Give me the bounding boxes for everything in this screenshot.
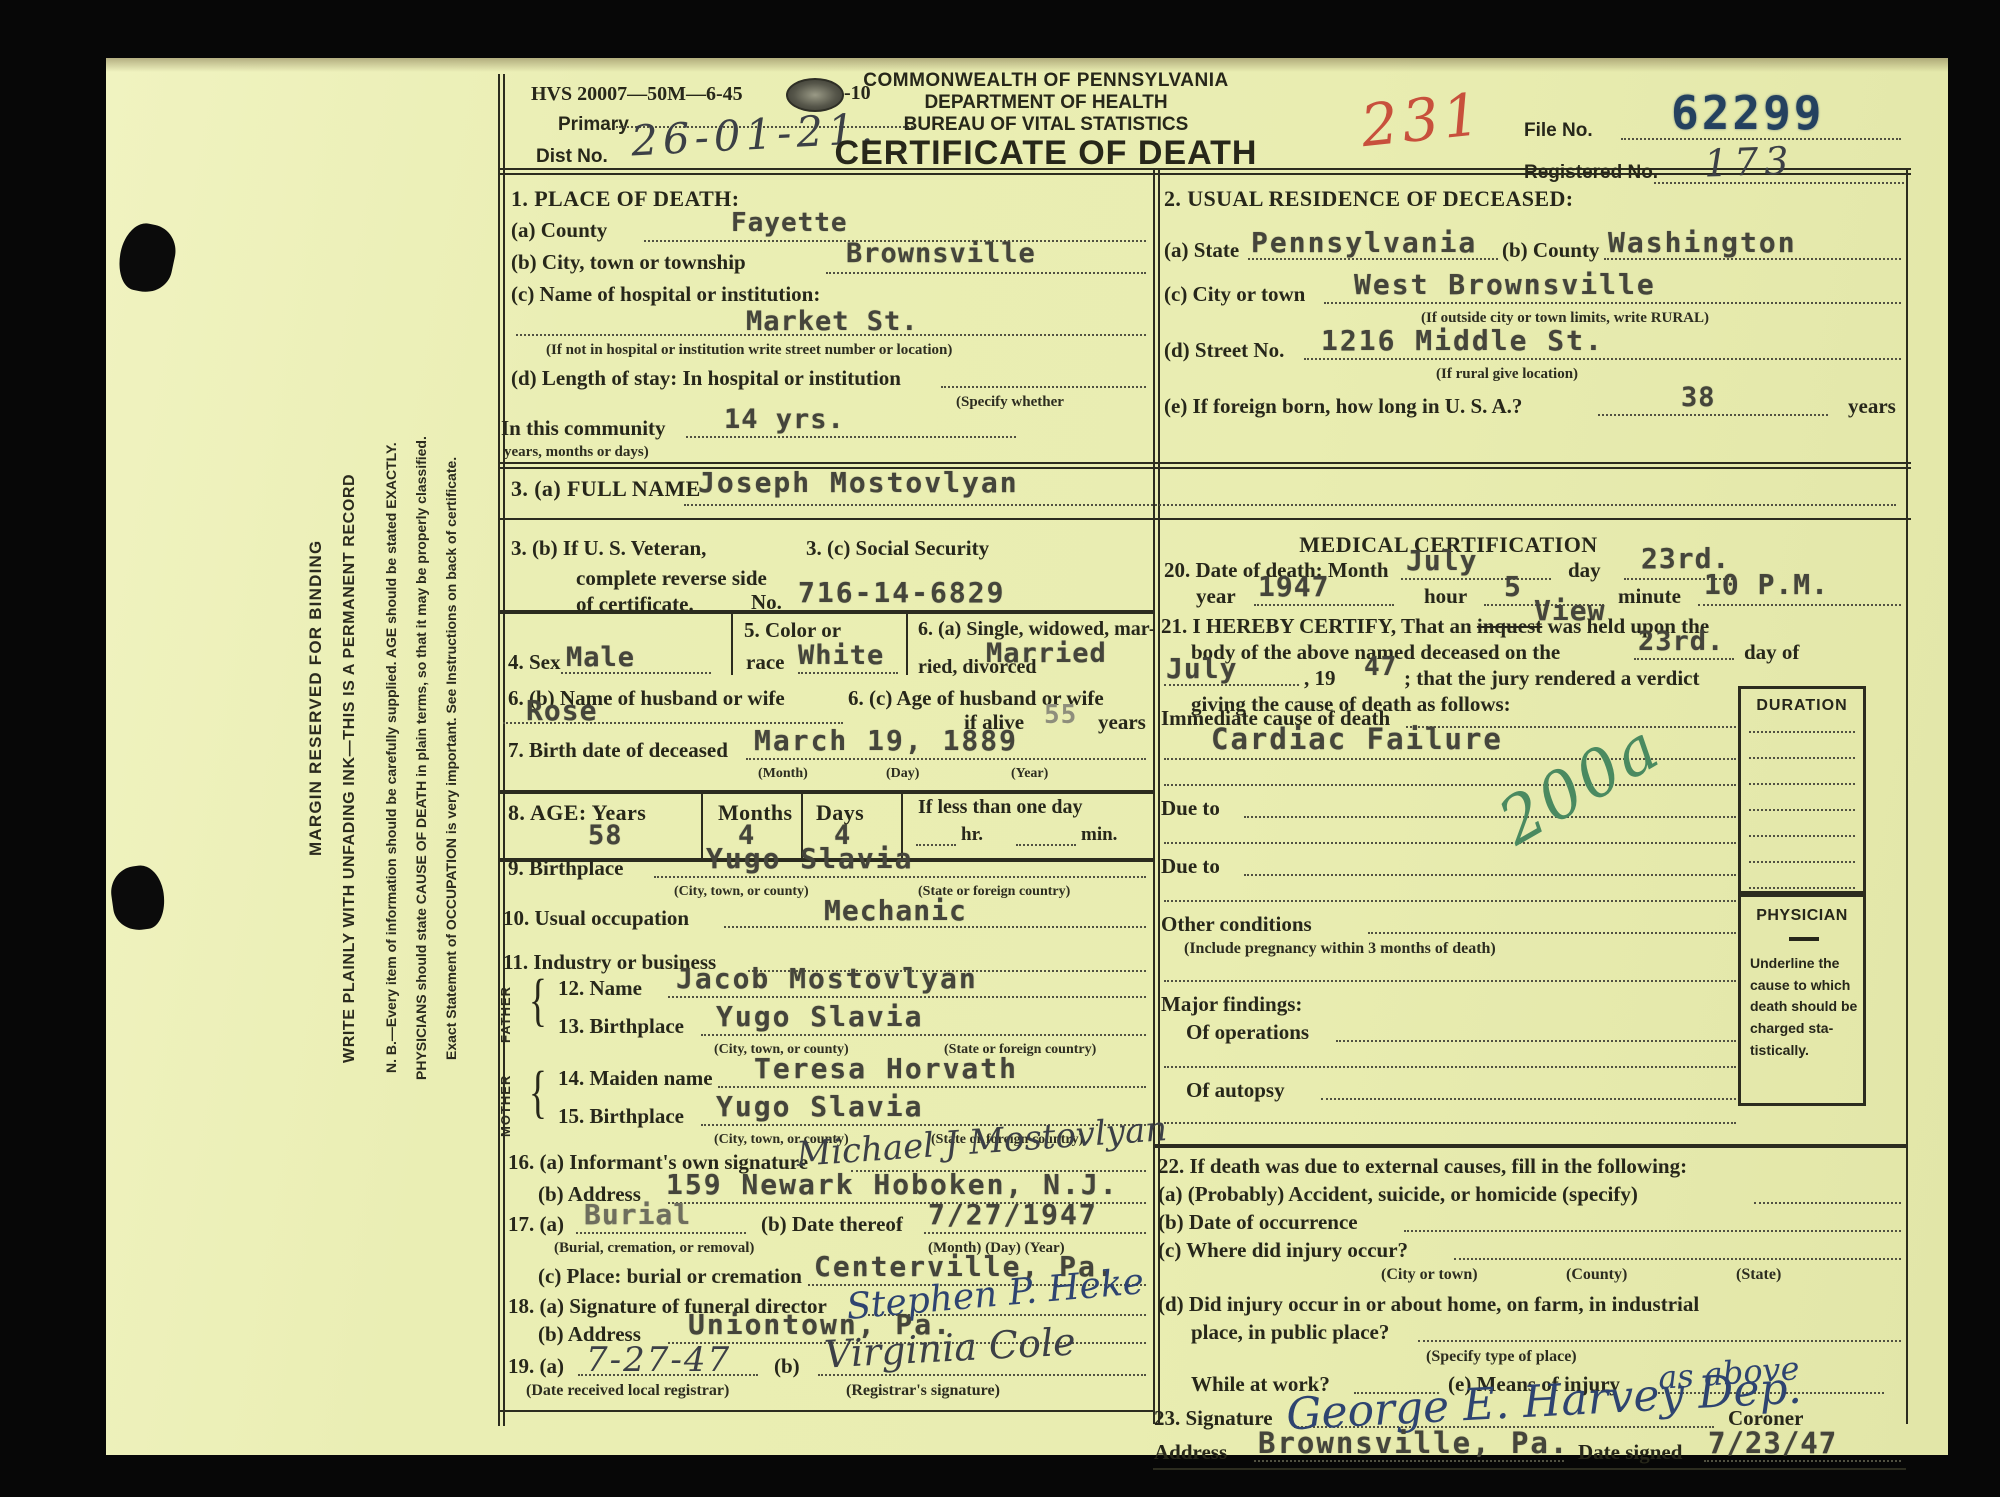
certificate-title: CERTIFICATE OF DEATH xyxy=(726,134,1366,173)
father-side-label: FATHER xyxy=(498,966,513,1062)
accident-label: (a) (Probably) Accident, suicide, or hom… xyxy=(1158,1182,1638,1207)
rule xyxy=(1016,844,1076,846)
hole-punch-bottom xyxy=(108,863,168,934)
rule xyxy=(1749,835,1855,837)
margin-binding-note: MARGIN RESERVED FOR BINDING xyxy=(306,398,326,998)
rule xyxy=(941,386,1146,388)
other-conditions-hint: (Include pregnancy within 3 months of de… xyxy=(1184,940,1496,958)
rule xyxy=(906,610,908,675)
form-left-border xyxy=(498,74,505,1426)
margin-permanent-note: WRITE PLAINLY WITH UNFADING INK—THIS IS … xyxy=(341,178,359,1358)
burial-hint: (Burial, cremation, or removal) xyxy=(554,1240,754,1257)
father-name-value: Jacob Mostovlyan xyxy=(676,962,978,995)
file-no-value: 62299 xyxy=(1671,86,1824,140)
mother-birthplace-value: Yugo Slavia xyxy=(716,1090,923,1123)
certify-verdict-label: ; that the jury rendered a verdict xyxy=(1404,666,1700,691)
form-right-border xyxy=(1906,168,1908,1424)
rule xyxy=(1321,1098,1736,1100)
burial-place-label: (c) Place: burial or cremation xyxy=(538,1264,802,1289)
rule xyxy=(718,1086,1146,1088)
rule xyxy=(826,272,1146,274)
county-label: (a) County xyxy=(511,218,607,243)
mother-name-value: Teresa Horvath xyxy=(754,1052,1018,1085)
mother-birthplace-label: 15. Birthplace xyxy=(558,1104,684,1129)
rule xyxy=(668,996,1146,998)
father-name-label: 12. Name xyxy=(558,976,642,1001)
registrar-sig-label: (b) xyxy=(774,1354,800,1379)
state-label: (a) State xyxy=(1164,238,1239,263)
rule xyxy=(498,610,1153,614)
certify-line-1: 21. I HEREBY CERTIFY, That an inquest wa… xyxy=(1161,614,1709,639)
margin-nb-note-2: PHYSICIANS should state CAUSE OF DEATH i… xyxy=(413,98,429,1418)
rule xyxy=(1749,731,1855,733)
red-annotation: 231 xyxy=(1358,80,1487,160)
full-name-label: 3. (a) FULL NAME xyxy=(511,476,701,502)
birthplace-hint-1: (City, town, or county) xyxy=(674,884,809,900)
certify-dayof-label: day of xyxy=(1744,640,1799,665)
sex-value: Male xyxy=(566,642,635,673)
physician-box: PHYSICIAN Underline the cause to which d… xyxy=(1738,894,1866,1106)
duration-box: DURATION xyxy=(1738,686,1866,894)
death-minute-label: minute xyxy=(1618,584,1681,609)
certify-19-label: , 19 xyxy=(1304,666,1336,691)
rule xyxy=(654,876,1146,878)
birthdate-hint-month: (Month) xyxy=(758,766,808,782)
rule xyxy=(1749,861,1855,863)
rule xyxy=(1704,1460,1901,1462)
mother-side-label: MOTHER xyxy=(498,1058,513,1154)
foreign-born-label: (e) If foreign born, how long in U. S. A… xyxy=(1164,394,1522,419)
death-day-label: day xyxy=(1568,558,1601,583)
city-value: Brownsville xyxy=(846,238,1036,269)
father-birthplace-label: 13. Birthplace xyxy=(558,1014,684,1039)
burial-date-label: (b) Date thereof xyxy=(761,1212,903,1237)
rule xyxy=(701,790,703,858)
father-brace: { xyxy=(529,966,547,1033)
death-year-value: 1947 xyxy=(1258,570,1329,603)
hospital-hint: (If not in hospital or institution write… xyxy=(546,342,952,359)
rule xyxy=(916,844,956,846)
hospital-value: Market St. xyxy=(746,306,919,337)
birthdate-label: 7. Birth date of deceased xyxy=(508,738,728,763)
duration-heading: DURATION xyxy=(1741,697,1863,715)
form-code: HVS 20007—50M—6-45 xyxy=(531,83,743,106)
hospital-label: (c) Name of hospital or institution: xyxy=(511,282,820,307)
street-label: (d) Street No. xyxy=(1164,338,1284,363)
rule xyxy=(1304,358,1901,360)
rule xyxy=(1164,900,1736,902)
ssn-value: 716-14-6829 xyxy=(798,576,1005,609)
full-name-value: Joseph Mostovlyan xyxy=(698,466,1019,499)
of-autopsy-label: Of autopsy xyxy=(1186,1078,1285,1103)
burial-label: 17. (a) xyxy=(508,1212,564,1237)
certify-year-value: 47 xyxy=(1364,652,1397,682)
column-divider xyxy=(1153,168,1160,1424)
rule xyxy=(1749,809,1855,811)
occurrence-date-label: (b) Date of occurrence xyxy=(1158,1210,1358,1235)
community-value: 14 yrs. xyxy=(724,404,845,435)
rule xyxy=(1634,658,1734,660)
birthdate-hint-year: (Year) xyxy=(1011,766,1048,782)
rule xyxy=(1324,302,1901,304)
death-year-label: year xyxy=(1196,584,1236,609)
physician-note: Underline the cause to which death shoul… xyxy=(1750,953,1860,1061)
mother-name-label: 14. Maiden name xyxy=(558,1066,713,1091)
age-months-label: Months xyxy=(718,800,793,826)
spouse-age-suffix: years xyxy=(1098,710,1146,735)
major-findings-label: Major findings: xyxy=(1161,992,1302,1017)
foreign-born-value: 38 xyxy=(1681,382,1716,413)
file-no-label: File No. xyxy=(1524,120,1593,142)
rule xyxy=(1254,604,1394,606)
rule xyxy=(576,1232,746,1234)
veteran-label: 3. (b) If U. S. Veteran, xyxy=(511,536,706,561)
residence-heading: 2. USUAL RESIDENCE OF DECEASED: xyxy=(1164,186,1574,212)
registrar-date-label: 19. (a) xyxy=(508,1354,564,1379)
other-conditions-label: Other conditions xyxy=(1161,912,1312,937)
age-label: 8. AGE: Years xyxy=(508,800,646,826)
age-min-label: min. xyxy=(1081,824,1117,846)
rule xyxy=(798,672,898,674)
injury-home-label-1: (d) Did injury occur in or about home, o… xyxy=(1158,1292,1699,1317)
registrar-date-value: 7-27-47 xyxy=(586,1340,731,1380)
res-county-label: (b) County xyxy=(1502,238,1599,263)
burial-value: Burial xyxy=(584,1198,691,1231)
immediate-cause-value: Cardiac Failure xyxy=(1211,722,1503,756)
certify-struck-word: inquest xyxy=(1477,614,1542,638)
veteran-line2: complete reverse side xyxy=(576,566,767,591)
rule xyxy=(1244,816,1736,818)
age-years-value: 58 xyxy=(588,820,623,851)
registrar-sig-hint: (Registrar's signature) xyxy=(846,1382,1000,1400)
rule xyxy=(731,610,733,675)
length-of-stay-label: (d) Length of stay: In hospital or insti… xyxy=(511,366,901,391)
rule xyxy=(1336,1040,1736,1042)
death-hour-value: 5 xyxy=(1504,570,1522,603)
rule xyxy=(1368,932,1736,934)
age-less-label: If less than one day xyxy=(918,796,1082,819)
rule xyxy=(1749,887,1855,889)
margin-nb-note-1: N. B.—Every item of information should b… xyxy=(383,98,399,1418)
rule xyxy=(498,1410,1153,1412)
rule xyxy=(1404,1230,1901,1232)
ssn-label: 3. (c) Social Security xyxy=(806,536,989,561)
rule xyxy=(498,790,1153,794)
injury-hint-city: (City or town) xyxy=(1381,1266,1478,1284)
physician-heading: PHYSICIAN xyxy=(1741,907,1863,925)
res-city-label: (c) City or town xyxy=(1164,282,1305,307)
death-hour-label: hour xyxy=(1424,584,1467,609)
registrar-date-hint: (Date received local registrar) xyxy=(526,1382,729,1400)
race-value: White xyxy=(798,640,884,671)
sex-label: 4. Sex xyxy=(508,650,561,675)
of-operations-label: Of operations xyxy=(1186,1020,1309,1045)
physician-dash xyxy=(1789,937,1819,941)
state-value: Pennsylvania xyxy=(1251,226,1477,259)
rule xyxy=(701,1034,1146,1036)
death-minute-value: 10 P.M. xyxy=(1704,568,1829,601)
injury-hint-state: (State) xyxy=(1736,1266,1781,1284)
header-commonwealth: COMMONWEALTH OF PENNSYLVANIA xyxy=(766,70,1326,92)
rule xyxy=(1254,1460,1564,1462)
res-city-value: West Brownsville xyxy=(1354,268,1656,301)
rule xyxy=(746,758,1146,760)
rule xyxy=(1454,1258,1901,1260)
street-value: 1216 Middle St. xyxy=(1321,324,1604,357)
community-label: In this community xyxy=(501,416,666,441)
registered-no-label: Registered No. xyxy=(1524,162,1658,184)
rule xyxy=(1598,414,1828,416)
spouse-value: Rose xyxy=(526,694,597,727)
rule xyxy=(498,518,1911,520)
green-annotation: 200a xyxy=(1487,710,1673,860)
birthplace-value: Yugo Slavia xyxy=(706,842,913,875)
rule xyxy=(1749,757,1855,759)
informant-address-value: 159 Newark Hoboken, N.J. xyxy=(666,1168,1119,1201)
rule xyxy=(1418,1340,1901,1342)
res-county-value: Washington xyxy=(1608,226,1797,259)
injury-home-label-2: place, in public place? xyxy=(1191,1320,1389,1345)
registered-no-value: 173 xyxy=(1703,138,1795,185)
father-birthplace-value: Yugo Slavia xyxy=(716,1000,923,1033)
rule xyxy=(1153,1144,1906,1148)
birthdate-value: March 19, 1889 xyxy=(754,724,1018,757)
rule xyxy=(1164,1066,1736,1068)
death-month-value: July xyxy=(1406,544,1477,577)
coroner-address-value: Brownsville, Pa. xyxy=(1258,1426,1569,1460)
scanned-death-certificate: { "margin": { "binding": "MARGIN RESERVE… xyxy=(0,0,2000,1497)
header-department: DEPARTMENT OF HEALTH xyxy=(766,92,1326,114)
rule xyxy=(684,504,1896,506)
header-bureau: BUREAU OF VITAL STATISTICS xyxy=(766,114,1326,136)
rule xyxy=(1244,874,1736,876)
occupation-label: 10. Usual occupation xyxy=(503,906,689,931)
foreign-born-suffix: years xyxy=(1848,394,1896,419)
occupation-value: Mechanic xyxy=(824,894,967,927)
mother-brace: { xyxy=(529,1058,547,1125)
city-label: (b) City, town or township xyxy=(511,250,746,275)
injury-place-hint: (Specify type of place) xyxy=(1426,1348,1577,1366)
age-hr-label: hr. xyxy=(961,824,983,846)
certify-month-value: July xyxy=(1166,652,1237,685)
coroner-signature-label: 23. Signature xyxy=(1154,1406,1273,1431)
external-causes-heading: 22. If death was due to external causes,… xyxy=(1158,1154,1687,1179)
rule xyxy=(1698,604,1901,606)
place-of-death-heading: 1. PLACE OF DEATH: xyxy=(511,186,739,212)
injury-where-label: (c) Where did injury occur? xyxy=(1158,1238,1408,1263)
due-to-2-label: Due to xyxy=(1161,854,1220,879)
marital-label-2: ried, divorced xyxy=(918,656,1037,679)
birthplace-label: 9. Birthplace xyxy=(508,856,624,881)
dist-no-label: Dist No. xyxy=(536,146,608,168)
date-signed-label: Date signed xyxy=(1578,1440,1682,1465)
rule xyxy=(1164,1122,1736,1124)
due-to-1-label: Due to xyxy=(1161,796,1220,821)
rule xyxy=(1164,980,1736,982)
county-value: Fayette xyxy=(731,208,848,238)
rule xyxy=(1153,1468,1906,1470)
certificate-paper: MARGIN RESERVED FOR BINDING WRITE PLAINL… xyxy=(106,58,1948,1455)
certify-pre: 21. I HEREBY CERTIFY, That an xyxy=(1161,614,1477,638)
rule xyxy=(686,436,1016,438)
rule xyxy=(1401,578,1551,580)
certify-day-value: 23rd. xyxy=(1638,626,1724,657)
community-hint: years, months or days) xyxy=(504,444,649,461)
specify-whether-hint: (Specify whether xyxy=(956,394,1064,411)
burial-date-value: 7/27/1947 xyxy=(928,1198,1098,1231)
hole-punch-top xyxy=(114,219,181,297)
rule xyxy=(1754,1202,1901,1204)
rule xyxy=(1164,842,1736,844)
rule xyxy=(924,1232,1146,1234)
date-signed-value: 7/23/47 xyxy=(1708,1426,1837,1460)
coroner-address-label: Address xyxy=(1154,1440,1227,1465)
primary-label: Primary xyxy=(558,114,629,136)
margin-nb-note-3: Exact Statement of OCCUPATION is very im… xyxy=(443,98,459,1418)
race-label-2: race xyxy=(746,650,784,675)
street-hint: (If rural give location) xyxy=(1436,366,1578,383)
injury-hint-county: (County) xyxy=(1566,1266,1627,1284)
spouse-age-value: 55 xyxy=(1044,700,1077,730)
birthdate-hint-day: (Day) xyxy=(886,766,919,782)
rule xyxy=(1749,783,1855,785)
